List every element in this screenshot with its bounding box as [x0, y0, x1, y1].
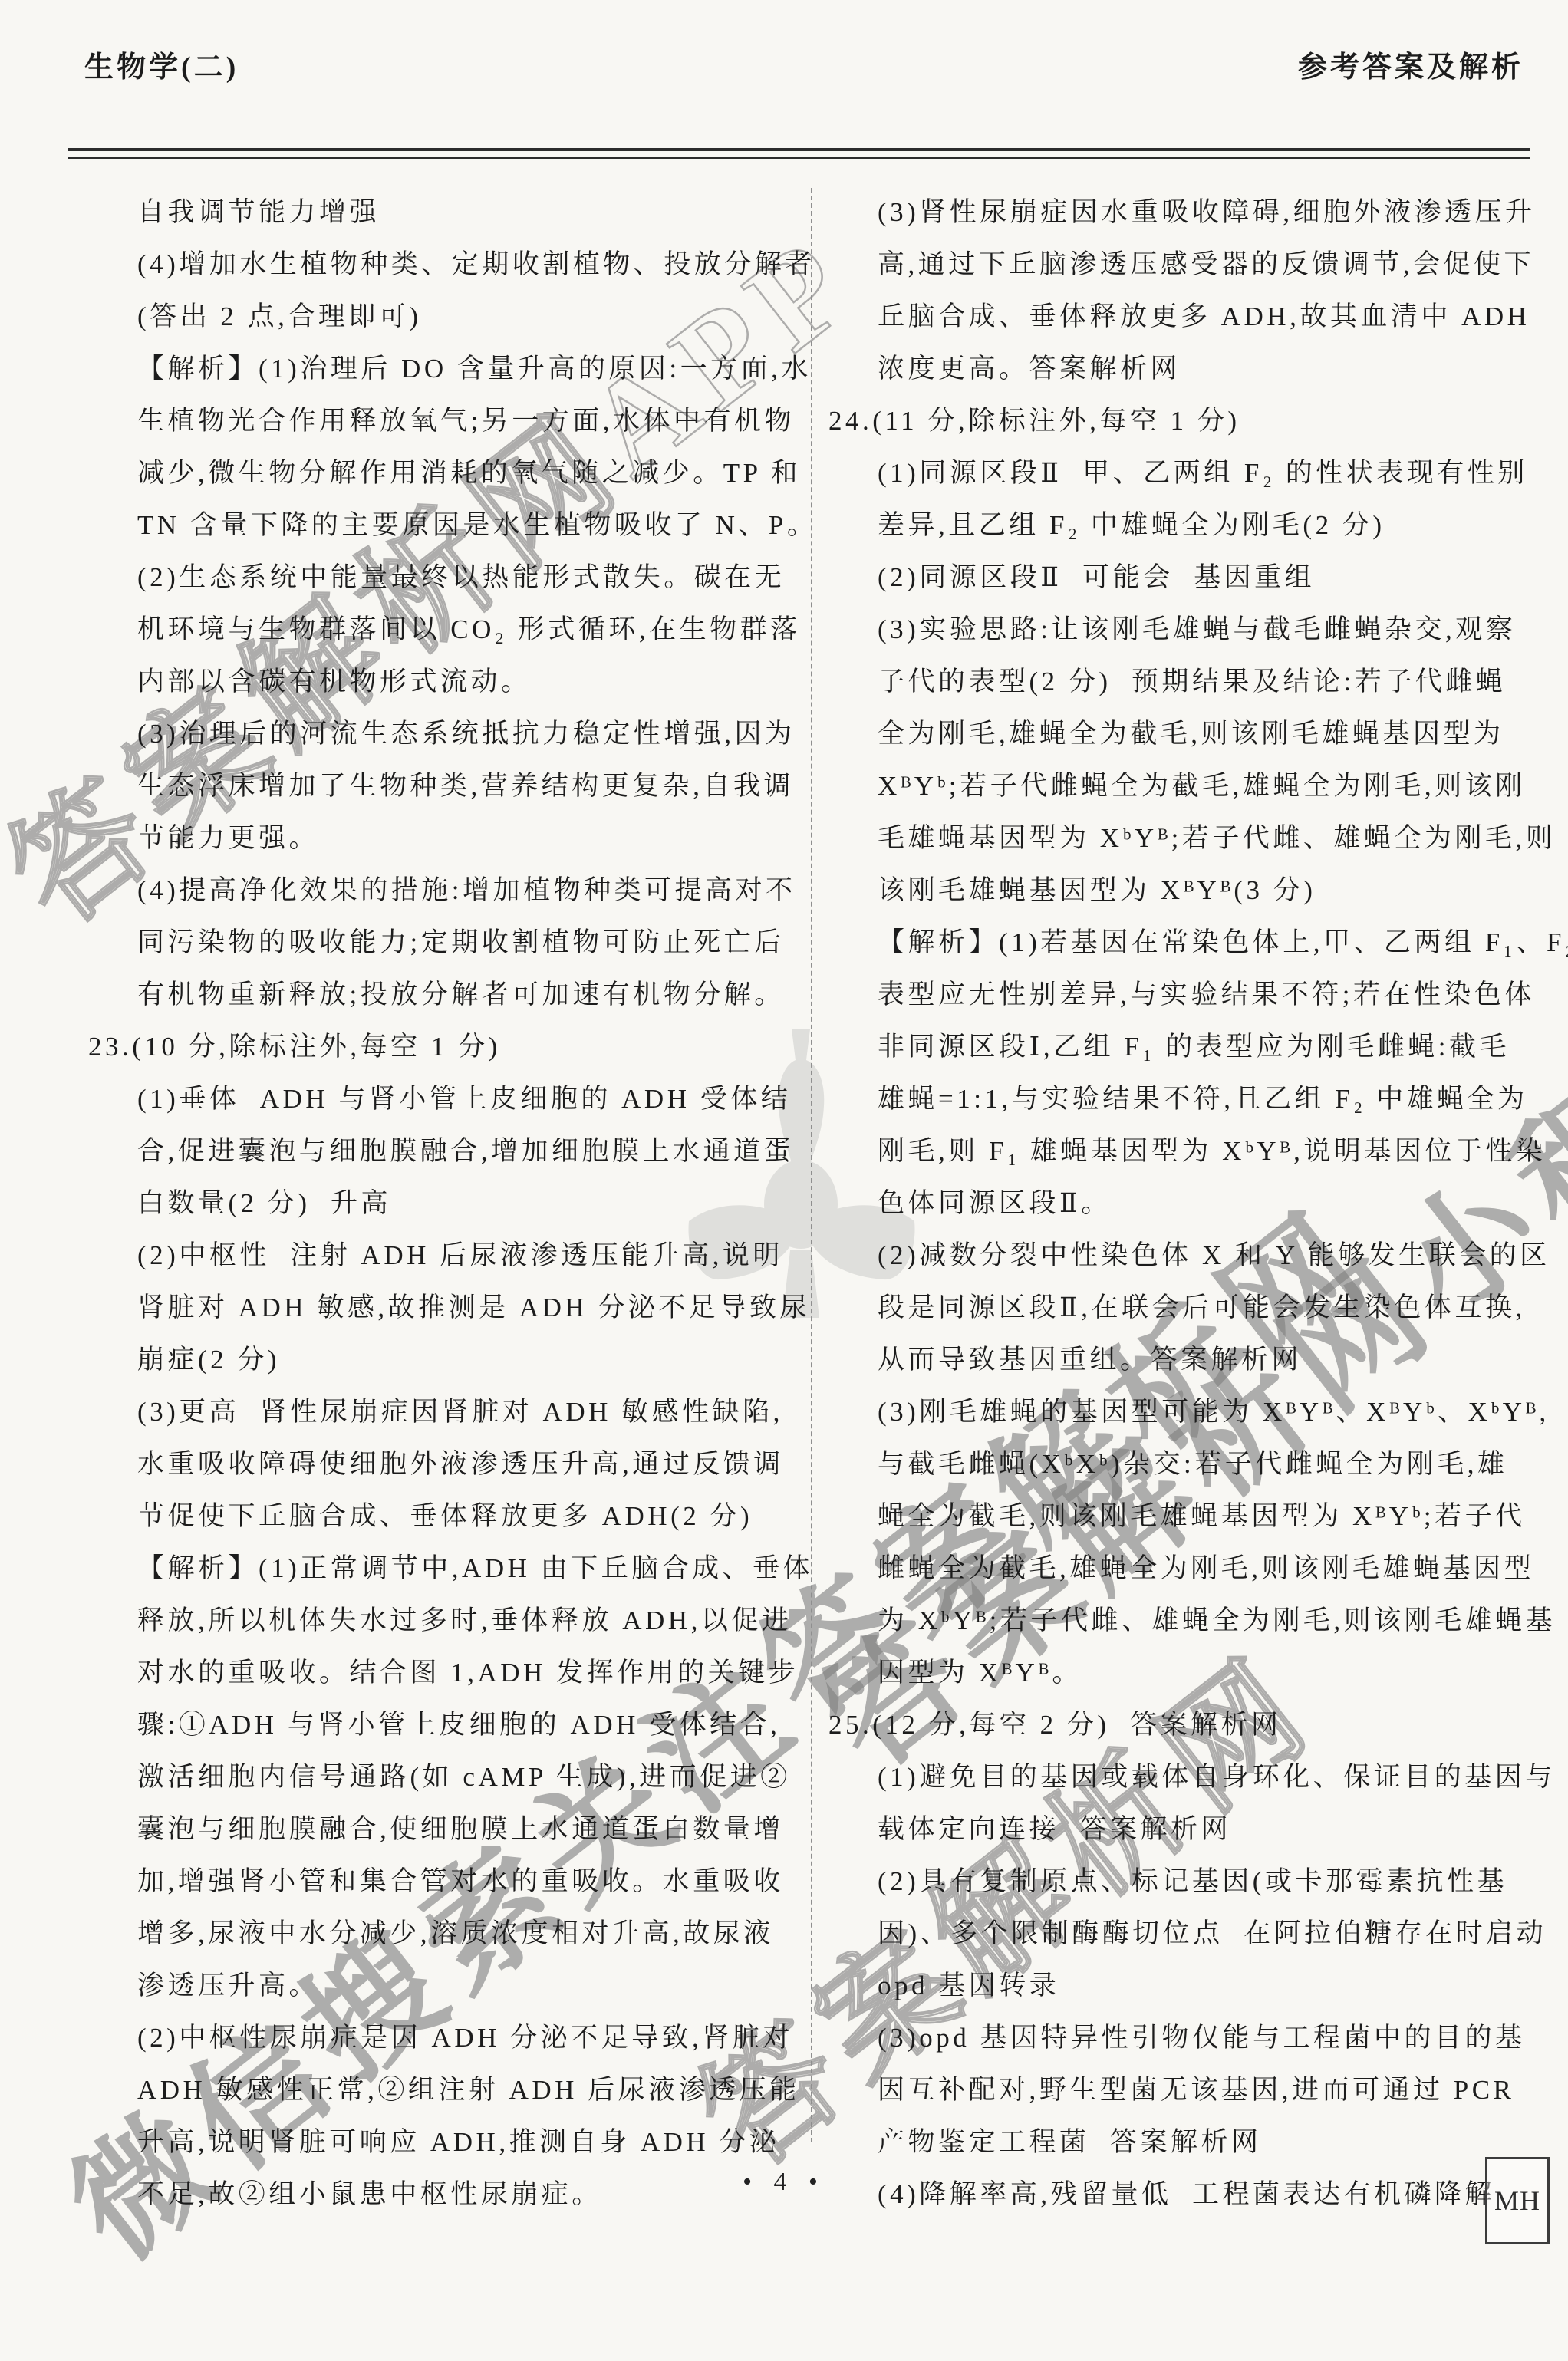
page-number: • 4 •	[0, 2168, 1568, 2197]
text-line: (2)同源区段Ⅱ 可能会 基因重组	[878, 552, 1530, 604]
text-line: 肾脏对 ADH 敏感,故推测是 ADH 分泌不足导致尿	[137, 1282, 804, 1334]
text-line: 【解析】(1)治理后 DO 含量升高的原因:一方面,水	[137, 343, 804, 395]
text-line: 增多,尿液中水分减少,溶质浓度相对升高,故尿液	[137, 1908, 804, 1960]
text-line: 该刚毛雄蝇基因型为 XᴮYᴮ(3 分)	[878, 864, 1530, 917]
text-line: 载体定向连接 答案解析网	[878, 1803, 1530, 1856]
text-line: 【解析】(1)若基因在常染色体上,甲、乙两组 F₁、F₂	[878, 917, 1530, 969]
text-line: (4)提高净化效果的措施:增加植物种类可提高对不	[137, 864, 804, 917]
text-line: 机环境与生物群落间以 CO₂ 形式循环,在生物群落	[137, 604, 804, 656]
text-line: 白数量(2 分) 升高	[137, 1177, 804, 1230]
text-line: 25.(12 分,每空 2 分) 答案解析网	[828, 1699, 1530, 1751]
text-line: 【解析】(1)正常调节中,ADH 由下丘脑合成、垂体	[137, 1543, 804, 1595]
text-line: 水重吸收障碍使细胞外液渗透压升高,通过反馈调	[137, 1438, 804, 1490]
text-line: 产物鉴定工程菌 答案解析网	[878, 2116, 1530, 2168]
text-line: (2)生态系统中能量最终以热能形式散失。碳在无	[137, 552, 804, 604]
text-line: 崩症(2 分)	[137, 1334, 804, 1386]
text-line: (3)治理后的河流生态系统抵抗力稳定性增强,因为	[137, 708, 804, 760]
edition-mark: MH	[1485, 2157, 1550, 2244]
text-line: 加,增强肾小管和集合管对水的重吸收。水重吸收	[137, 1856, 804, 1908]
scanned-answer-page: 答案解析网APP 微信搜索关注答案解析网 答案解析网小程序 答案解析网 生物学(…	[0, 0, 1568, 2361]
text-line: (2)中枢性尿崩症是因 ADH 分泌不足导致,肾脏对	[137, 2012, 804, 2064]
text-line: 内部以含碳有机物形式流动。	[137, 656, 804, 708]
text-line: 节能力更强。	[137, 812, 804, 864]
text-line: 雄蝇=1:1,与实验结果不符,且乙组 F₂ 中雄蝇全为	[878, 1073, 1530, 1125]
text-line: (3)刚毛雄蝇的基因型可能为 XᴮYᴮ、XᴮYᵇ、XᵇYᴮ,	[878, 1386, 1530, 1438]
text-line: 表型应无性别差异,与实验结果不符;若在性染色体	[878, 969, 1530, 1021]
text-line: (1)垂体 ADH 与肾小管上皮细胞的 ADH 受体结	[137, 1073, 804, 1125]
text-line: 生植物光合作用释放氧气;另一方面,水体中有机物	[137, 395, 804, 447]
answer-key-title: 参考答案及解析	[1298, 43, 1524, 85]
text-line: 升高,说明肾脏可响应 ADH,推测自身 ADH 分泌	[137, 2116, 804, 2168]
text-line: 24.(11 分,除标注外,每空 1 分)	[828, 395, 1530, 447]
text-line: 骤:①ADH 与肾小管上皮细胞的 ADH 受体结合,	[137, 1699, 804, 1751]
text-line: 节促使下丘脑合成、垂体释放更多 ADH(2 分)	[137, 1490, 804, 1543]
text-line: (3)更高 肾性尿崩症因肾脏对 ADH 敏感性缺陷,	[137, 1386, 804, 1438]
text-line: (1)避免目的基因或载体自身环化、保证目的基因与	[878, 1751, 1530, 1803]
text-line: 生态浮床增加了生物种类,营养结构更复杂,自我调	[137, 760, 804, 812]
text-line: 差异,且乙组 F₂ 中雄蝇全为刚毛(2 分)	[878, 499, 1530, 552]
text-line: (2)减数分裂中性染色体 X 和 Y 能够发生联会的区	[878, 1230, 1530, 1282]
text-line: 毛雄蝇基因型为 XᵇYᴮ;若子代雌、雄蝇全为刚毛,则	[878, 812, 1530, 864]
text-line: (3)opd 基因特异性引物仅能与工程菌中的目的基	[878, 2012, 1530, 2064]
right-column: (3)肾性尿崩症因水重吸收障碍,细胞外液渗透压升高,通过下丘脑渗透压感受器的反馈…	[828, 186, 1530, 2221]
text-line: 与截毛雌蝇(XᵇXᵇ)杂交:若子代雌蝇全为刚毛,雄	[878, 1438, 1530, 1490]
column-divider	[811, 188, 812, 2142]
text-line: 非同源区段Ⅰ,乙组 F₁ 的表型应为刚毛雌蝇:截毛	[878, 1021, 1530, 1073]
text-line: opd 基因转录	[878, 1960, 1530, 2012]
text-line: 丘脑合成、垂体释放更多 ADH,故其血清中 ADH	[878, 291, 1530, 343]
text-line: 因型为 XᴮYᴮ。	[878, 1647, 1530, 1699]
header-divider	[68, 148, 1530, 159]
text-line: (2)具有复制原点、标记基因(或卡那霉素抗性基	[878, 1856, 1530, 1908]
text-line: 激活细胞内信号通路(如 cAMP 生成),进而促进②	[137, 1751, 804, 1803]
text-line: 浓度更高。答案解析网	[878, 343, 1530, 395]
text-line: (3)肾性尿崩症因水重吸收障碍,细胞外液渗透压升	[878, 186, 1530, 239]
text-line: (4)增加水生植物种类、定期收割植物、投放分解者	[137, 239, 804, 291]
text-line: 雌蝇全为截毛,雄蝇全为刚毛,则该刚毛雄蝇基因型	[878, 1543, 1530, 1595]
text-line: 刚毛,则 F₁ 雄蝇基因型为 XᵇYᴮ,说明基因位于性染	[878, 1125, 1530, 1177]
page-header: 生物学(二) 参考答案及解析	[84, 43, 1524, 85]
text-line: 同污染物的吸收能力;定期收割植物可防止死亡后	[137, 917, 804, 969]
text-line: 自我调节能力增强	[137, 186, 804, 239]
text-line: 高,通过下丘脑渗透压感受器的反馈调节,会促使下	[878, 239, 1530, 291]
text-line: (1)同源区段Ⅱ 甲、乙两组 F₂ 的性状表现有性别	[878, 447, 1530, 499]
text-line: (2)中枢性 注射 ADH 后尿液渗透压能升高,说明	[137, 1230, 804, 1282]
text-line: 蝇全为截毛,则该刚毛雄蝇基因型为 XᴮYᵇ;若子代	[878, 1490, 1530, 1543]
text-line: XᴮYᵇ;若子代雌蝇全为截毛,雄蝇全为刚毛,则该刚	[878, 760, 1530, 812]
text-line: 有机物重新释放;投放分解者可加速有机物分解。	[137, 969, 804, 1021]
text-line: 囊泡与细胞膜融合,使细胞膜上水通道蛋白数量增	[137, 1803, 804, 1856]
text-line: 渗透压升高。	[137, 1960, 804, 2012]
text-line: 对水的重吸收。结合图 1,ADH 发挥作用的关键步	[137, 1647, 804, 1699]
text-line: 色体同源区段Ⅱ。	[878, 1177, 1530, 1230]
text-line: 因)、多个限制酶酶切位点 在阿拉伯糖存在时启动	[878, 1908, 1530, 1960]
text-line: 子代的表型(2 分) 预期结果及结论:若子代雌蝇	[878, 656, 1530, 708]
text-line: 释放,所以机体失水过多时,垂体释放 ADH,以促进	[137, 1595, 804, 1647]
text-line: 从而导致基因重组。答案解析网	[878, 1334, 1530, 1386]
left-column: 自我调节能力增强(4)增加水生植物种类、定期收割植物、投放分解者(答出 2 点,…	[87, 186, 804, 2221]
text-line: 全为刚毛,雄蝇全为截毛,则该刚毛雄蝇基因型为	[878, 708, 1530, 760]
subject-title: 生物学(二)	[84, 43, 239, 85]
text-line: TN 含量下降的主要原因是水生植物吸收了 N、P。	[137, 499, 804, 552]
text-line: 为 XᵇYᴮ;若子代雌、雄蝇全为刚毛,则该刚毛雄蝇基	[878, 1595, 1530, 1647]
text-line: 减少,微生物分解作用消耗的氧气随之减少。TP 和	[137, 447, 804, 499]
text-line: ADH 敏感性正常,②组注射 ADH 后尿液渗透压能	[137, 2064, 804, 2116]
text-line: (答出 2 点,合理即可)	[137, 291, 804, 343]
text-line: (3)实验思路:让该刚毛雄蝇与截毛雌蝇杂交,观察	[878, 604, 1530, 656]
text-line: 段是同源区段Ⅱ,在联会后可能会发生染色体互换,	[878, 1282, 1530, 1334]
text-line: 23.(10 分,除标注外,每空 1 分)	[88, 1021, 804, 1073]
text-line: 因互补配对,野生型菌无该基因,进而可通过 PCR	[878, 2064, 1530, 2116]
text-line: 合,促进囊泡与细胞膜融合,增加细胞膜上水通道蛋	[137, 1125, 804, 1177]
